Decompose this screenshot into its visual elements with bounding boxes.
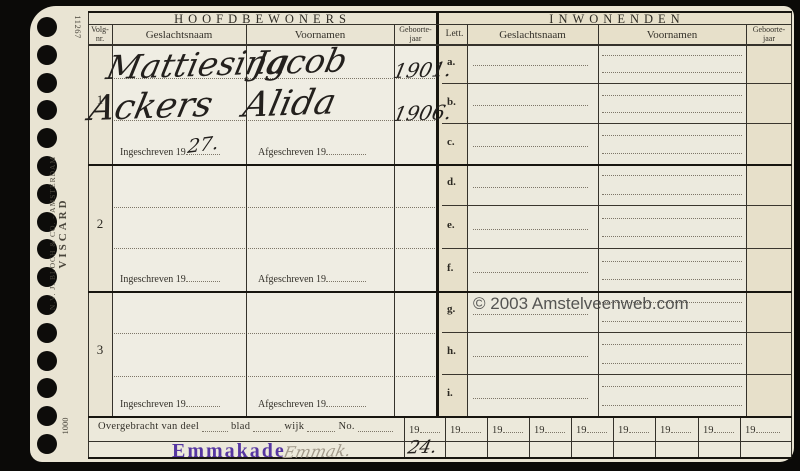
writing-line <box>473 65 588 66</box>
afgeschreven-text: Afgeschreven 19 <box>258 399 326 410</box>
maker-name: N.V. J. BLOCH & CO. - AMSTERDAM <box>48 128 57 338</box>
grid-line <box>791 11 792 459</box>
year-cell: 19 <box>487 416 529 441</box>
writing-line <box>114 376 435 377</box>
afgeschreven-text: Afgeschreven 19 <box>258 147 326 158</box>
writing-line <box>602 386 742 387</box>
no-label: No. <box>338 421 354 432</box>
writing-line <box>473 272 588 273</box>
punch-hole <box>37 434 57 454</box>
writing-line <box>473 398 588 399</box>
writing-line <box>602 279 742 280</box>
writing-line <box>602 344 742 345</box>
dotted-leader <box>202 423 228 432</box>
ingeschreven-text: Ingeschreven 19 <box>120 399 186 410</box>
inwonende-row-c: c. <box>442 124 792 164</box>
writing-line <box>602 218 742 219</box>
grid-line <box>246 24 247 416</box>
grid-line <box>88 11 89 459</box>
year-prefix: 19 <box>409 425 420 436</box>
punch-hole <box>37 378 57 398</box>
grid-line <box>598 24 599 416</box>
writing-line <box>602 153 742 154</box>
column-header-voornamen-right: Voornamen <box>598 29 746 41</box>
writing-line <box>473 229 588 230</box>
dotted-leader <box>326 146 366 155</box>
grid-line <box>88 24 792 25</box>
column-header-geboortejaar: Geboorte- jaar <box>394 26 437 43</box>
row-letter: h. <box>447 345 465 357</box>
year-cell: 19 <box>613 416 655 441</box>
dotted-leader <box>420 424 440 433</box>
year-prefix: 19 <box>450 425 461 436</box>
row-letter: e. <box>447 219 465 231</box>
handwritten-birth-year: 1901. <box>392 59 454 81</box>
overgebracht-line: Overgebracht van deel blad wijk No. <box>98 421 396 432</box>
year-prefix: 19 <box>660 425 671 436</box>
inwonende-row-h: h. <box>442 333 792 375</box>
hoofdbewoner-block-2: 2 Ingeschreven 19 Afgeschreven 19 <box>88 164 437 291</box>
year-cell: 19 <box>445 416 487 441</box>
registration-card: 11267 N.V. J. BLOCH & CO. - AMSTERDAM VI… <box>30 6 794 462</box>
writing-line <box>114 207 435 208</box>
writing-line <box>114 248 435 249</box>
column-header-volgnr: Volg- nr. <box>88 26 112 43</box>
dotted-leader <box>326 273 366 282</box>
inwonende-row-d: d. <box>442 164 792 206</box>
dotted-leader <box>326 398 366 407</box>
afgeschreven-label: Afgeschreven 19 <box>258 398 366 410</box>
block-divider <box>88 164 792 166</box>
overgebracht-label: Overgebracht van deel <box>98 421 199 432</box>
ingeschreven-label: Ingeschreven 19 <box>120 398 220 410</box>
handwritten-birth-year: 1906. <box>392 102 454 124</box>
column-header-volgnr-line2: nr. <box>88 35 112 44</box>
dotted-leader <box>714 424 734 433</box>
punch-hole <box>37 406 57 426</box>
column-header-geslachtsnaam-right: Geslachtsnaam <box>467 29 598 41</box>
row-letter: d. <box>447 176 465 188</box>
block-number: 3 <box>88 342 112 358</box>
year-cell: 19 <box>740 416 792 441</box>
afgeschreven-text: Afgeschreven 19 <box>258 274 326 285</box>
card-maker-imprint: N.V. J. BLOCH & CO. - AMSTERDAM VISCARD <box>48 128 82 338</box>
year-cell: 19 <box>655 416 698 441</box>
block-divider <box>88 291 792 293</box>
row-letter: f. <box>447 262 465 274</box>
dotted-leader <box>358 423 393 432</box>
writing-line <box>602 112 742 113</box>
afgeschreven-label: Afgeschreven 19 <box>258 273 366 285</box>
writing-line <box>602 363 742 364</box>
ingeschreven-text: Ingeschreven 19 <box>120 274 186 285</box>
year-prefix: 19 <box>576 425 587 436</box>
writing-line <box>602 405 742 406</box>
grid-line <box>88 11 792 13</box>
punch-hole <box>37 351 57 371</box>
handwritten-firstname: Jacob <box>250 43 350 79</box>
brand-name: VISCARD <box>57 128 69 338</box>
inwonende-row-i: i. <box>442 375 792 416</box>
register-form: HOOFDBEWONERS INWONENDEN Volg- nr. Gesla… <box>88 11 792 459</box>
handwritten-house-number: 24. <box>406 439 439 458</box>
writing-line <box>602 175 742 176</box>
column-header-geboortejaar-line2: jaar <box>394 35 437 44</box>
writing-line <box>602 321 742 322</box>
handwritten-firstname: Alida <box>240 85 339 123</box>
row-letter: i. <box>447 387 465 399</box>
inwonende-row-b: b. <box>442 84 792 124</box>
year-prefix: 19 <box>534 425 545 436</box>
punch-hole <box>37 100 57 120</box>
column-header-geboortejaar-right: Geboorte- jaar <box>746 26 792 43</box>
inwonende-row-a: a. <box>442 44 792 84</box>
writing-line <box>602 55 742 56</box>
row-letter: g. <box>447 303 465 315</box>
dotted-leader <box>671 424 691 433</box>
street-name-stamp: Emmakade <box>172 440 286 463</box>
ingeschreven-label: Ingeschreven 19 <box>120 273 220 285</box>
dotted-leader <box>186 398 220 407</box>
writing-line <box>473 187 588 188</box>
punch-hole <box>37 45 57 65</box>
dotted-leader <box>186 273 220 282</box>
wijk-label: wijk <box>284 421 304 432</box>
scanned-photo-background: { "scan": { "serial_top": "11267", "stoc… <box>0 0 800 471</box>
inwonende-row-f: f. <box>442 249 792 291</box>
block-number: 2 <box>88 216 112 232</box>
grid-line <box>746 24 747 416</box>
writing-line <box>602 72 742 73</box>
card-stock-number: 1000 <box>60 406 72 446</box>
handwritten-ingeschreven-year: 27. <box>187 134 220 157</box>
street-name-pencil: Emmak. <box>282 443 352 461</box>
writing-line <box>602 135 742 136</box>
writing-line <box>602 261 742 262</box>
year-prefix: 19 <box>703 425 714 436</box>
blad-label: blad <box>231 421 250 432</box>
punch-hole <box>37 73 57 93</box>
writing-line <box>602 194 742 195</box>
copyright-watermark: © 2003 Amstelveenweb.com <box>473 294 689 314</box>
writing-line <box>473 146 588 147</box>
year-prefix: 19 <box>745 425 756 436</box>
dotted-leader <box>629 424 649 433</box>
handwritten-surname: Ackers <box>86 88 216 127</box>
dotted-leader <box>253 423 281 432</box>
afgeschreven-label: Afgeschreven 19 <box>258 146 366 158</box>
inwonende-row-e: e. <box>442 206 792 249</box>
dotted-leader <box>545 424 565 433</box>
column-header-geslachtsnaam: Geslachtsnaam <box>112 29 246 41</box>
writing-line <box>602 236 742 237</box>
card-serial-number: 11267 <box>71 5 83 49</box>
writing-line <box>473 105 588 106</box>
writing-line <box>473 356 588 357</box>
dotted-leader <box>756 424 780 433</box>
dotted-leader <box>461 424 481 433</box>
dotted-leader <box>503 424 523 433</box>
year-prefix: 19 <box>618 425 629 436</box>
column-header-voornamen: Voornamen <box>246 29 394 41</box>
grid-line <box>467 24 468 416</box>
dotted-leader <box>587 424 607 433</box>
ingeschreven-text: Ingeschreven 19 <box>120 147 186 158</box>
hoofdbewoner-block-3: 3 Ingeschreven 19 Afgeschreven 19 <box>88 291 437 416</box>
year-prefix: 19 <box>492 425 503 436</box>
writing-line <box>114 333 435 334</box>
column-header-lett: Lett. <box>442 29 467 39</box>
column-header-geboortejaar-right-line2: jaar <box>746 35 792 44</box>
punch-hole <box>37 17 57 37</box>
year-cell: 19 <box>571 416 613 441</box>
row-letter: c. <box>447 136 465 148</box>
writing-line <box>602 95 742 96</box>
year-cell: 19 <box>698 416 740 441</box>
dotted-leader <box>307 423 335 432</box>
year-cell: 19 <box>529 416 571 441</box>
